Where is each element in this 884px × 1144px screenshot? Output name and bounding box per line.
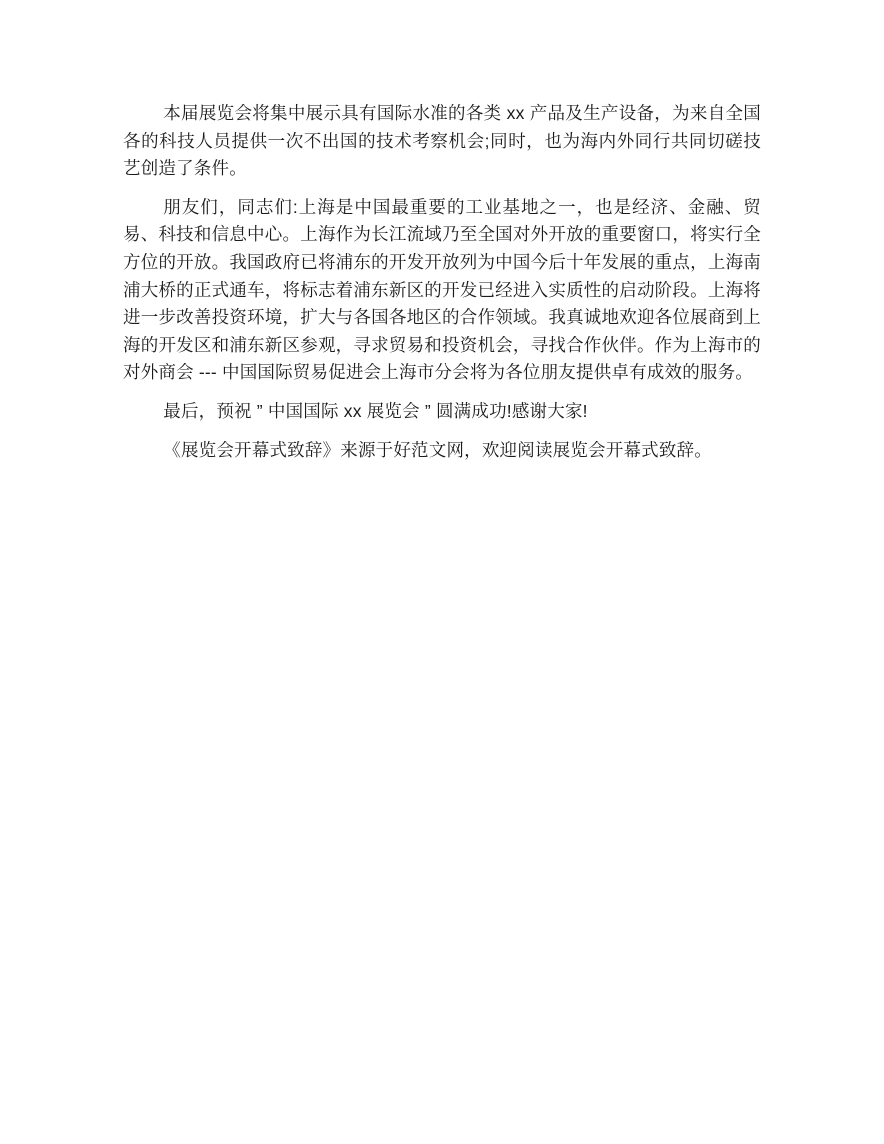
- paragraph-closing-wish: 最后，预祝 ” 中国国际 xx 展览会 ” 圆满成功!感谢大家!: [123, 398, 761, 426]
- paragraph-shanghai-overview: 朋友们，同志们:上海是中国最重要的工业基地之一，也是经济、金融、贸易、科技和信息…: [123, 194, 761, 387]
- paragraph-exhibition-intro: 本届展览会将集中展示具有国际水准的各类 xx 产品及生产设备，为来自全国各的科技…: [123, 100, 761, 183]
- paragraph-source-note: 《展览会开幕式致辞》来源于好范文网，欢迎阅读展览会开幕式致辞。: [123, 437, 761, 465]
- document-page: 本届展览会将集中展示具有国际水准的各类 xx 产品及生产设备，为来自全国各的科技…: [0, 0, 884, 1144]
